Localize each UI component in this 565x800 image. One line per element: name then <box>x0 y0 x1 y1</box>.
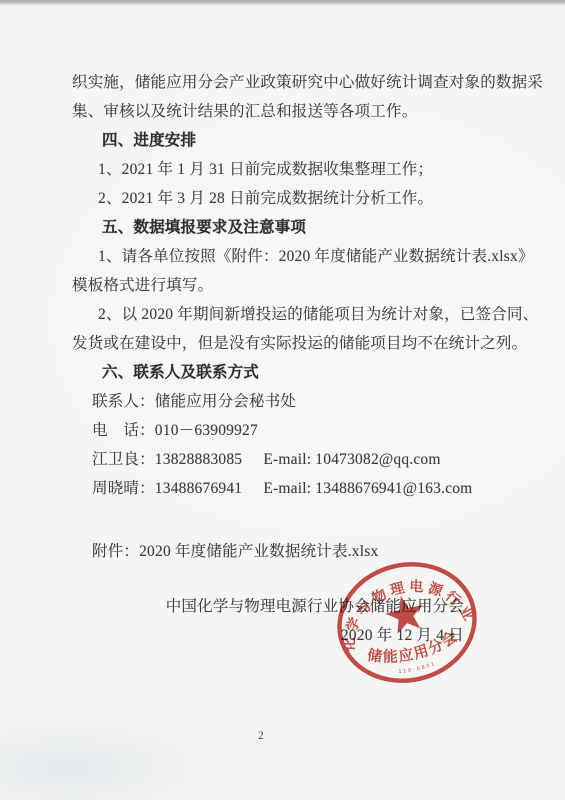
section-4-item-1: 1、2021 年 1 月 31 日前完成数据收集整理工作； <box>72 155 494 184</box>
document-body: 织实施，储能应用分会产业政策研究中心做好统计调查对象的数据采 集、审核以及统计结… <box>72 68 494 650</box>
scanned-document-page: { "content": { "intro_lines": [ "织实施，储能应… <box>0 0 565 800</box>
signature-block: 中国化学与物理电源行业协会储能应用分会 2020 年 12 月 4 日 <box>72 592 494 650</box>
section-5-item-2-line-1: 2、以 2020 年期间新增投运的储能项目为统计对象，已签合同、 <box>72 300 494 329</box>
contact-1-name-number: 江卫良：13828883085 <box>92 451 242 468</box>
section-5-heading: 五、数据填报要求及注意事项 <box>72 213 494 242</box>
contact-line-2: 周晓晴：13488676941 E-mail: 13488676941@163.… <box>72 474 494 503</box>
phone-line: 电 话：010－63909927 <box>72 416 494 445</box>
section-6-heading: 六、联系人及联系方式 <box>72 358 494 387</box>
attachment-line: 附件：2020 年度储能产业数据统计表.xlsx <box>72 537 494 566</box>
section-5-item-1-line-2: 模板格式进行填写。 <box>72 271 494 300</box>
section-5-item-2-line-2: 发货或在建设中，但是没有实际投运的储能项目均不在统计之列。 <box>72 329 494 358</box>
intro-line-2: 集、审核以及统计结果的汇总和报送等各项工作。 <box>72 97 494 126</box>
section-4-heading: 四、进度安排 <box>72 126 494 155</box>
intro-line-1: 织实施，储能应用分会产业政策研究中心做好统计调查对象的数据采 <box>72 68 494 97</box>
section-4-item-2: 2、2021 年 3 月 28 日前完成数据统计分析工作。 <box>72 184 494 213</box>
seal-code-text: 110-0801 <box>397 660 437 676</box>
svg-text:110-0801: 110-0801 <box>397 660 437 676</box>
signature-org: 中国化学与物理电源行业协会储能应用分会 <box>72 592 464 621</box>
contact-1-email: E-mail: 10473082@qq.com <box>263 451 440 468</box>
page-number: 2 <box>258 730 264 742</box>
contact-person-line: 联系人：储能应用分会秘书处 <box>72 387 494 416</box>
section-5-item-1-line-1: 1、请各单位按照《附件：2020 年度储能产业数据统计表.xlsx》 <box>72 242 494 271</box>
contact-2-email: E-mail: 13488676941@163.com <box>263 480 472 497</box>
signature-date: 2020 年 12 月 4 日 <box>72 621 464 650</box>
contact-line-1: 江卫良：13828883085 E-mail: 10473082@qq.com <box>72 445 494 474</box>
contact-2-name-number: 周晓晴：13488676941 <box>92 480 242 497</box>
